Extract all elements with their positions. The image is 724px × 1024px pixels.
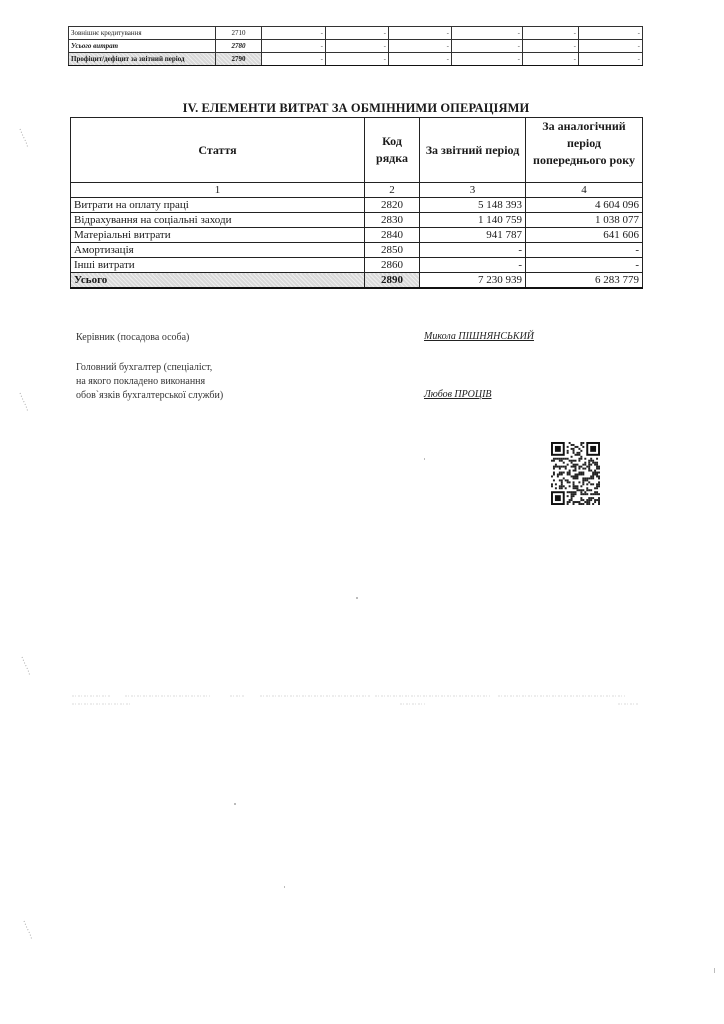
row-previous-value: 1 038 077	[526, 213, 643, 228]
bleed-through-text	[70, 690, 642, 710]
row-current-value: 5 148 393	[420, 198, 526, 213]
row-current-value: 941 787	[420, 228, 526, 243]
column-number-row: 1 2 3 4	[71, 183, 643, 198]
row-code: 2850	[365, 243, 420, 258]
accountant-label-line: Головний бухгалтер (спеціаліст,	[76, 361, 223, 375]
column-number: 3	[420, 183, 526, 198]
scan-speck	[356, 597, 358, 599]
accountant-label: Головний бухгалтер (спеціаліст, на якого…	[76, 361, 223, 403]
scan-mark	[18, 128, 30, 150]
row-current-value: 1 140 759	[420, 213, 526, 228]
table-row: Усього витрат2780------	[69, 40, 643, 53]
scan-mark	[20, 656, 32, 678]
row-value: -	[523, 27, 579, 40]
row-label: Витрати на оплату праці	[71, 198, 365, 213]
row-value: -	[326, 27, 389, 40]
head-name: Микола ПІШНЯНСЬКИЙ	[424, 331, 534, 342]
row-current-value: -	[420, 258, 526, 273]
row-label: Матеріальні витрати	[71, 228, 365, 243]
table-row: Зовнішнє кредитування2710------	[69, 27, 643, 40]
row-value: -	[326, 53, 389, 66]
row-current-value: -	[420, 243, 526, 258]
row-value: -	[389, 53, 452, 66]
table-header-row: Стаття Код рядка За звітний період За ан…	[71, 118, 643, 183]
column-number: 1	[71, 183, 365, 198]
row-code: 2710	[216, 27, 262, 40]
total-previous: 6 283 779	[526, 273, 643, 289]
scan-mark	[22, 920, 34, 942]
row-code: 2830	[365, 213, 420, 228]
row-code: 2860	[365, 258, 420, 273]
row-value: -	[523, 40, 579, 53]
total-label: Усього	[71, 273, 365, 289]
accountant-label-line: обов`язків бухгалтерської служби)	[76, 389, 223, 403]
table-row: Витрати на оплату праці28205 148 3934 60…	[71, 198, 643, 213]
total-row: Усього 2890 7 230 939 6 283 779	[71, 273, 643, 289]
row-label: Амортизація	[71, 243, 365, 258]
scan-mark	[18, 392, 30, 414]
row-previous-value: -	[526, 243, 643, 258]
table-row: Амортизація2850--	[71, 243, 643, 258]
scan-speck	[234, 803, 236, 805]
accountant-label-line: на якого покладено виконання	[76, 375, 223, 389]
row-value: -	[452, 27, 523, 40]
header-current-period: За звітний період	[420, 118, 526, 183]
table-row: Інші витрати2860--	[71, 258, 643, 273]
header-previous-period: За аналогічний період попереднього року	[526, 118, 643, 183]
table-row: Відрахування на соціальні заходи28301 14…	[71, 213, 643, 228]
row-label: Профіцит/дефіцит за звітний період	[69, 53, 216, 66]
row-value: -	[579, 53, 643, 66]
row-value: -	[262, 53, 326, 66]
row-value: -	[389, 27, 452, 40]
row-code: 2780	[216, 40, 262, 53]
row-label: Інші витрати	[71, 258, 365, 273]
header-article: Стаття	[71, 118, 365, 183]
row-code: 2840	[365, 228, 420, 243]
total-current: 7 230 939	[420, 273, 526, 289]
qr-code-icon	[551, 442, 600, 505]
row-value: -	[579, 40, 643, 53]
row-previous-value: 641 606	[526, 228, 643, 243]
row-label: Зовнішнє кредитування	[69, 27, 216, 40]
row-value: -	[389, 40, 452, 53]
row-value: -	[579, 27, 643, 40]
budget-expenses-table-fragment: Зовнішнє кредитування2710------Усього ви…	[68, 26, 643, 66]
table-row: Матеріальні витрати2840941 787641 606	[71, 228, 643, 243]
head-label: Керівник (посадова особа)	[76, 331, 189, 345]
scan-speck	[714, 968, 715, 973]
row-label: Усього витрат	[69, 40, 216, 53]
total-code: 2890	[365, 273, 420, 289]
row-value: -	[326, 40, 389, 53]
table-row: Профіцит/дефіцит за звітний період2790--…	[69, 53, 643, 66]
scan-speck	[284, 886, 285, 888]
accountant-name: Любов ПРОЦІВ	[424, 389, 492, 400]
row-value: -	[262, 27, 326, 40]
header-row-code: Код рядка	[365, 118, 420, 183]
row-value: -	[452, 53, 523, 66]
section-title: IV. ЕЛЕМЕНТИ ВИТРАТ ЗА ОБМІННИМИ ОПЕРАЦІ…	[70, 101, 642, 116]
row-code: 2790	[216, 53, 262, 66]
scan-speck	[424, 458, 425, 460]
column-number: 4	[526, 183, 643, 198]
row-previous-value: -	[526, 258, 643, 273]
expense-elements-table: Стаття Код рядка За звітний період За ан…	[70, 117, 643, 289]
row-previous-value: 4 604 096	[526, 198, 643, 213]
row-value: -	[452, 40, 523, 53]
row-value: -	[523, 53, 579, 66]
row-label: Відрахування на соціальні заходи	[71, 213, 365, 228]
row-code: 2820	[365, 198, 420, 213]
row-value: -	[262, 40, 326, 53]
column-number: 2	[365, 183, 420, 198]
header-previous-period-text: За аналогічний період попереднього року	[529, 118, 639, 182]
